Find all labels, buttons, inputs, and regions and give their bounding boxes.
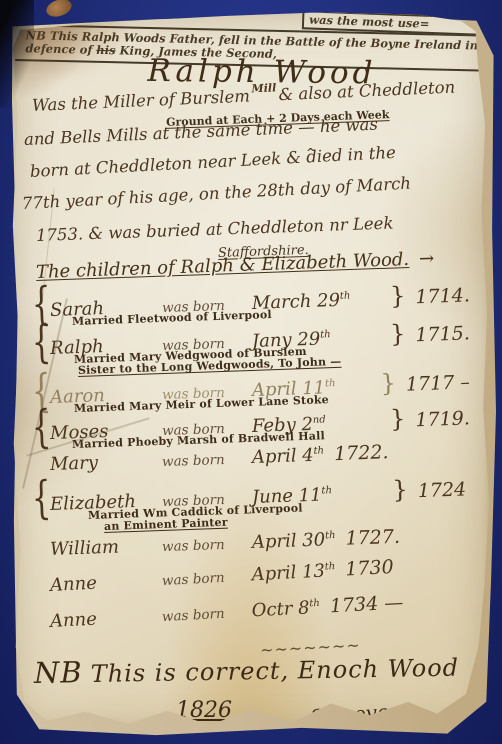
ordinal-suffix: th: [309, 598, 320, 610]
ordinal-suffix: th: [321, 485, 332, 496]
child-name: Anne: [49, 606, 146, 632]
photo-corner-shadow: [0, 0, 34, 108]
child-name: William: [50, 536, 147, 560]
birth-date: April 4th: [252, 444, 325, 468]
child-entry-anne: Anne was born April 13th 1730: [49, 552, 470, 596]
inserted-note-text: was the most use=: [309, 12, 430, 30]
closing-brace: }: [390, 320, 406, 349]
closing-brace: }: [392, 476, 408, 505]
mill-insertion: Mill: [251, 81, 276, 95]
opening-brace: {: [31, 472, 52, 525]
flourish-arrow: →: [419, 248, 435, 270]
birth-date-text: April 13: [251, 561, 325, 586]
born-label: was born: [162, 605, 233, 625]
ordinal-suffix: th: [320, 329, 331, 340]
ordinal-suffix: th: [340, 291, 351, 302]
photograph-background: was the most use= NB This Ralph Woods Fa…: [0, 0, 502, 744]
closing-brace: }: [390, 282, 406, 311]
manuscript-page: was the most use= NB This Ralph Woods Fa…: [8, 8, 490, 734]
bio-line-5: 1753. & was buried at Cheddleton nr Leek: [36, 214, 394, 245]
birth-date: April 13th: [251, 560, 336, 585]
birth-year: 1730: [345, 556, 398, 581]
birth-year: 1719.: [415, 407, 470, 431]
inserted-note: was the most use=: [302, 10, 487, 36]
born-label: was born: [162, 537, 233, 555]
ordinal-suffix: th: [325, 378, 336, 389]
birth-year: 1722.: [334, 441, 389, 465]
opening-brace: {: [31, 401, 52, 454]
opening-brace: {: [31, 316, 52, 369]
birth-date-text: April 30: [252, 529, 326, 553]
nb-mark: NB: [34, 655, 83, 690]
birth-date: Octr 8th: [251, 597, 320, 622]
birth-date-text: April 4: [252, 445, 315, 468]
closing-brace: }: [380, 369, 396, 398]
born-label: was born: [162, 452, 233, 470]
bio-line-1-pre: Was the Miller of Burslem: [32, 86, 251, 114]
attestation-line: NBThis is correct, Enoch Wood: [34, 649, 460, 690]
attestation-text: This is correct, Enoch Wood: [90, 654, 459, 688]
ordinal-suffix: nd: [313, 414, 326, 425]
born-label: was born: [162, 569, 233, 589]
birth-year: 1715.: [415, 322, 470, 346]
birth-year: 1724: [417, 478, 470, 502]
closing-brace: }: [390, 405, 406, 434]
bio-line-3: born at Cheddleton near Leek & died in t…: [30, 143, 397, 181]
birth-date: April 30th: [252, 529, 336, 553]
birth-year: 1734 —: [329, 592, 403, 618]
birth-year: 1727.: [345, 526, 400, 550]
birth-year: 1717 –: [406, 371, 471, 395]
child-name: Anne: [49, 570, 146, 596]
birth-date-text: Octr 8: [251, 597, 310, 621]
birth-year: 1714.: [415, 284, 470, 308]
binding-clasp-remnant: [44, 0, 74, 20]
ordinal-suffix: th: [324, 561, 335, 573]
child-name: Mary: [50, 451, 147, 475]
ordinal-suffix: th: [313, 445, 324, 456]
ordinal-suffix: th: [325, 530, 336, 541]
child-entry-anne-2: Anne was born Octr 8th 1734 —: [49, 588, 470, 632]
bio-line-4: 77th year of his age, on the 28th day of…: [22, 174, 412, 213]
